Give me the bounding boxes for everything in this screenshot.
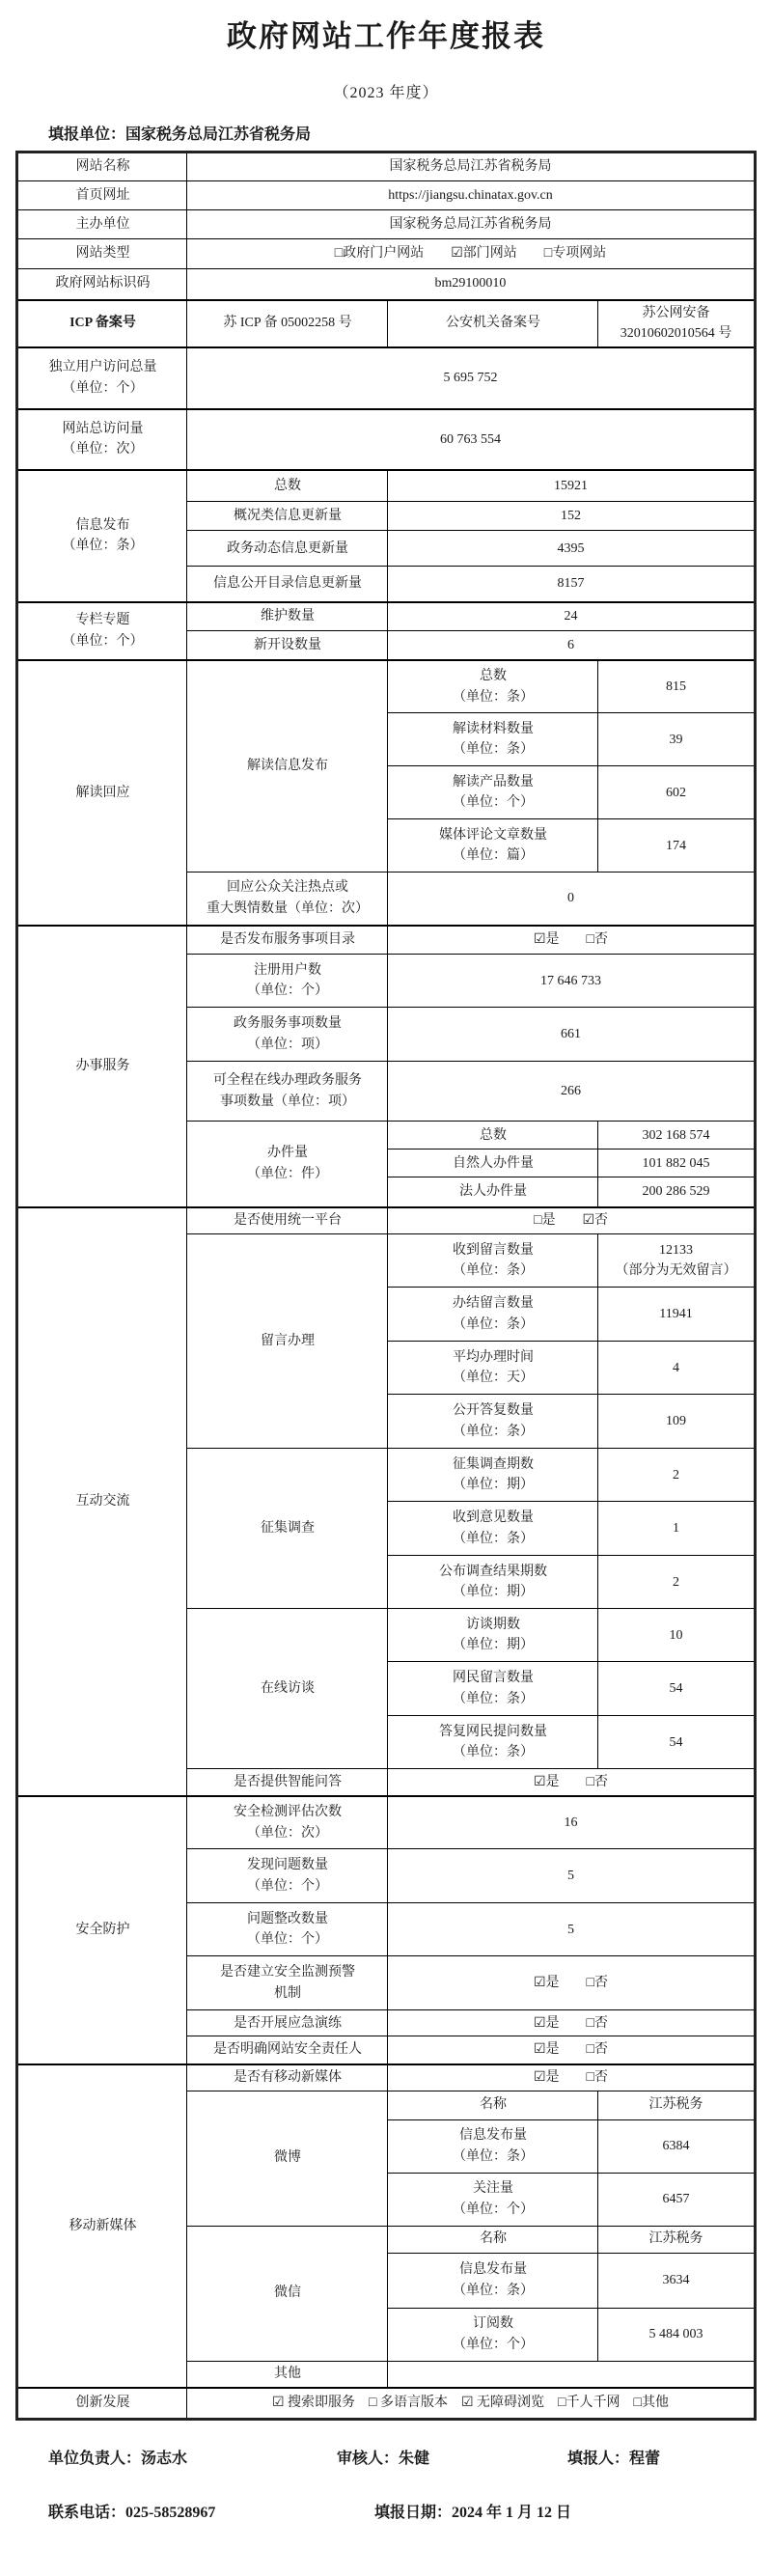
field-label-cell: 征集调查 xyxy=(187,1449,388,1609)
field-label-cell: 是否开展应急演练 xyxy=(187,2010,388,2036)
field-label-cell: 是否明确网站安全责任人 xyxy=(187,2036,388,2064)
signature-block: 单位负责人：汤志水 审核人：朱健 填报人：程蕾 联系电话：025-5852896… xyxy=(0,2421,772,2565)
section-header-cell: 专栏专题（单位：个） xyxy=(17,602,187,660)
field-value-cell: 101 882 045 xyxy=(598,1150,755,1177)
field-label-cell: 是否有移动新媒体 xyxy=(187,2064,388,2091)
field-label-cell: 政府网站标识码 xyxy=(17,269,187,300)
field-value-cell: 江苏税务 xyxy=(598,2091,755,2119)
field-label-cell: 收到留言数量（单位：条） xyxy=(388,1234,598,1288)
field-label-cell: 公安机关备案号 xyxy=(388,300,598,347)
field-value-cell: 11941 xyxy=(598,1288,755,1342)
field-value-cell: 174 xyxy=(598,819,755,873)
field-value-cell: 24 xyxy=(388,602,755,631)
field-value-cell: 39 xyxy=(598,713,755,766)
field-label-cell: 首页网址 xyxy=(17,181,187,210)
field-label-cell: 问题整改数量（单位：个） xyxy=(187,1903,388,1956)
field-label-cell: 安全检测评估次数（单位：次） xyxy=(187,1796,388,1849)
field-label-cell: 维护数量 xyxy=(187,602,388,631)
section-header-cell: 信息发布（单位：条） xyxy=(17,470,187,602)
section-header-cell: 解读回应 xyxy=(17,660,187,926)
field-label-cell: 媒体评论文章数量（单位：篇） xyxy=(388,819,598,873)
checkbox-value-cell: ☑是 □否 xyxy=(388,2036,755,2064)
annual-report-table: 网站名称国家税务总局江苏省税务局首页网址https://jiangsu.chin… xyxy=(15,151,756,2421)
field-label-cell: 是否发布服务事项目录 xyxy=(187,926,388,955)
field-value-cell: 815 xyxy=(598,660,755,713)
field-label-cell: 信息发布量（单位：条） xyxy=(388,2253,598,2308)
field-label-cell: 发现问题数量（单位：个） xyxy=(187,1849,388,1903)
field-label-cell: ICP 备案号 xyxy=(17,300,187,347)
field-value-cell: 10 xyxy=(598,1609,755,1662)
field-value-cell: 6457 xyxy=(598,2173,755,2226)
page-title: 政府网站工作年度报表 xyxy=(0,0,772,55)
responsible-person: 单位负责人：汤志水 xyxy=(48,2446,187,2468)
field-label-cell: 网民留言数量（单位：条） xyxy=(388,1662,598,1716)
field-label-cell: 是否建立安全监测预警机制 xyxy=(187,1956,388,2010)
reviewer: 审核人：朱健 xyxy=(337,2446,429,2468)
field-label-cell: 名称 xyxy=(388,2091,598,2119)
field-value-cell: 苏 ICP 备 05002258 号 xyxy=(187,300,388,347)
field-value-cell: 5 xyxy=(388,1903,755,1956)
section-header-cell: 安全防护 xyxy=(17,1796,187,2064)
field-value-cell: bm29100010 xyxy=(187,269,755,300)
field-label-cell: 自然人办件量 xyxy=(388,1150,598,1177)
checkbox-value-cell: ☑ 搜索即服务 □ 多语言版本 ☑ 无障碍浏览 □千人千网 □其他 xyxy=(187,2388,755,2419)
field-value-cell: 17 646 733 xyxy=(388,955,755,1008)
field-label-cell: 收到意见数量（单位：条） xyxy=(388,1502,598,1556)
field-value-cell: 5 xyxy=(388,1849,755,1903)
field-value-cell: 54 xyxy=(598,1662,755,1716)
checkbox-value-cell: □政府门户网站 ☑部门网站 □专项网站 xyxy=(187,239,755,269)
field-label-cell: 公开答复数量（单位：条） xyxy=(388,1395,598,1449)
field-label-cell: 订阅数（单位：个） xyxy=(388,2308,598,2361)
field-value-cell: 5 484 003 xyxy=(598,2308,755,2361)
field-value-cell: 266 xyxy=(388,1062,755,1122)
field-label-cell: 征集调查期数（单位：期） xyxy=(388,1449,598,1502)
checkbox-value-cell: ☑是 □否 xyxy=(388,926,755,955)
field-label-cell: 答复网民提问数量（单位：条） xyxy=(388,1716,598,1769)
field-value-cell: 152 xyxy=(388,502,755,531)
field-value-cell: 4 xyxy=(598,1342,755,1395)
field-label-cell: 留言办理 xyxy=(187,1234,388,1449)
field-value-cell: 15921 xyxy=(388,470,755,502)
table-body: 网站名称国家税务总局江苏省税务局首页网址https://jiangsu.chin… xyxy=(17,152,755,2420)
field-value-cell: 5 695 752 xyxy=(187,347,755,409)
field-label-cell: 解读信息发布 xyxy=(187,660,388,873)
field-label-cell: 是否使用统一平台 xyxy=(187,1207,388,1234)
field-value-cell: 1 xyxy=(598,1502,755,1556)
field-value-cell: 60 763 554 xyxy=(187,409,755,470)
checkbox-value-cell: ☑是 □否 xyxy=(388,1769,755,1796)
checkbox-value-cell: ☑是 □否 xyxy=(388,1956,755,2010)
field-value-cell xyxy=(388,2361,755,2388)
field-label-cell: 信息发布量（单位：条） xyxy=(388,2119,598,2173)
field-label-cell: 新开设数量 xyxy=(187,631,388,660)
field-label-cell: 注册用户数（单位：个） xyxy=(187,955,388,1008)
field-value-cell: 2 xyxy=(598,1449,755,1502)
section-header-cell: 互动交流 xyxy=(17,1207,187,1796)
section-header-cell: 创新发展 xyxy=(17,2388,187,2419)
field-label-cell: 回应公众关注热点或重大舆情数量（单位：次） xyxy=(187,873,388,926)
page-subtitle: （2023 年度） xyxy=(0,80,772,102)
field-label-cell: 解读产品数量（单位：个） xyxy=(388,766,598,819)
contact-phone: 联系电话：025-58528967 xyxy=(48,2500,215,2522)
field-label-cell: 法人办件量 xyxy=(388,1177,598,1207)
field-label-cell: 办件量（单位：件） xyxy=(187,1122,388,1207)
field-label-cell: 政务服务事项数量（单位：项） xyxy=(187,1008,388,1062)
form-filler: 填报人：程蕾 xyxy=(567,2446,660,2468)
field-label-cell: 主办单位 xyxy=(17,210,187,239)
checkbox-value-cell: □是 ☑否 xyxy=(388,1207,755,1234)
section-header-cell: 移动新媒体 xyxy=(17,2064,187,2388)
field-value-cell: 8157 xyxy=(388,567,755,602)
field-value-cell: 4395 xyxy=(388,531,755,567)
field-label-cell: 独立用户访问总量（单位：个） xyxy=(17,347,187,409)
field-value-cell: 国家税务总局江苏省税务局 xyxy=(187,210,755,239)
field-label-cell: 信息公开目录信息更新量 xyxy=(187,567,388,602)
field-value-cell: 109 xyxy=(598,1395,755,1449)
field-label-cell: 总数 xyxy=(187,470,388,502)
field-label-cell: 在线访谈 xyxy=(187,1609,388,1769)
filing-date: 填报日期：2024 年 1 月 12 日 xyxy=(374,2500,571,2522)
field-value-cell: 16 xyxy=(388,1796,755,1849)
field-label-cell: 名称 xyxy=(388,2226,598,2253)
field-label-cell: 政务动态信息更新量 xyxy=(187,531,388,567)
field-value-cell: 661 xyxy=(388,1008,755,1062)
field-label-cell: 可全程在线办理政务服务事项数量（单位：项） xyxy=(187,1062,388,1122)
field-label-cell: 网站总访问量（单位：次） xyxy=(17,409,187,470)
filing-unit-line: 填报单位：国家税务总局江苏省税务局 xyxy=(48,122,772,144)
field-value-cell: 54 xyxy=(598,1716,755,1769)
checkbox-value-cell: ☑是 □否 xyxy=(388,2064,755,2091)
field-label-cell: 微博 xyxy=(187,2091,388,2226)
field-label-cell: 关注量（单位：个） xyxy=(388,2173,598,2226)
field-label-cell: 总数 xyxy=(388,1122,598,1150)
field-label-cell: 办结留言数量（单位：条） xyxy=(388,1288,598,1342)
field-value-cell: 国家税务总局江苏省税务局 xyxy=(187,152,755,181)
field-value-cell: 苏公网安备32010602010564 号 xyxy=(598,300,755,347)
field-label-cell: 平均办理时间（单位：天） xyxy=(388,1342,598,1395)
field-value-cell: 12133（部分为无效留言） xyxy=(598,1234,755,1288)
field-value-cell: 3634 xyxy=(598,2253,755,2308)
field-value-cell: 602 xyxy=(598,766,755,819)
field-value-cell: 6 xyxy=(388,631,755,660)
field-value-cell: 0 xyxy=(388,873,755,926)
field-label-cell: 公布调查结果期数（单位：期） xyxy=(388,1556,598,1609)
field-label-cell: 总数（单位：条） xyxy=(388,660,598,713)
field-value-cell: 江苏税务 xyxy=(598,2226,755,2253)
field-value-cell: 200 286 529 xyxy=(598,1177,755,1207)
field-label-cell: 微信 xyxy=(187,2226,388,2361)
field-label-cell: 网站名称 xyxy=(17,152,187,181)
field-label-cell: 解读材料数量（单位：条） xyxy=(388,713,598,766)
field-label-cell: 是否提供智能问答 xyxy=(187,1769,388,1796)
field-value-cell: https://jiangsu.chinatax.gov.cn xyxy=(187,181,755,210)
checkbox-value-cell: ☑是 □否 xyxy=(388,2010,755,2036)
field-label-cell: 网站类型 xyxy=(17,239,187,269)
field-label-cell: 其他 xyxy=(187,2361,388,2388)
field-value-cell: 2 xyxy=(598,1556,755,1609)
field-label-cell: 访谈期数（单位：期） xyxy=(388,1609,598,1662)
field-label-cell: 概况类信息更新量 xyxy=(187,502,388,531)
field-value-cell: 302 168 574 xyxy=(598,1122,755,1150)
section-header-cell: 办事服务 xyxy=(17,926,187,1207)
field-value-cell: 6384 xyxy=(598,2119,755,2173)
